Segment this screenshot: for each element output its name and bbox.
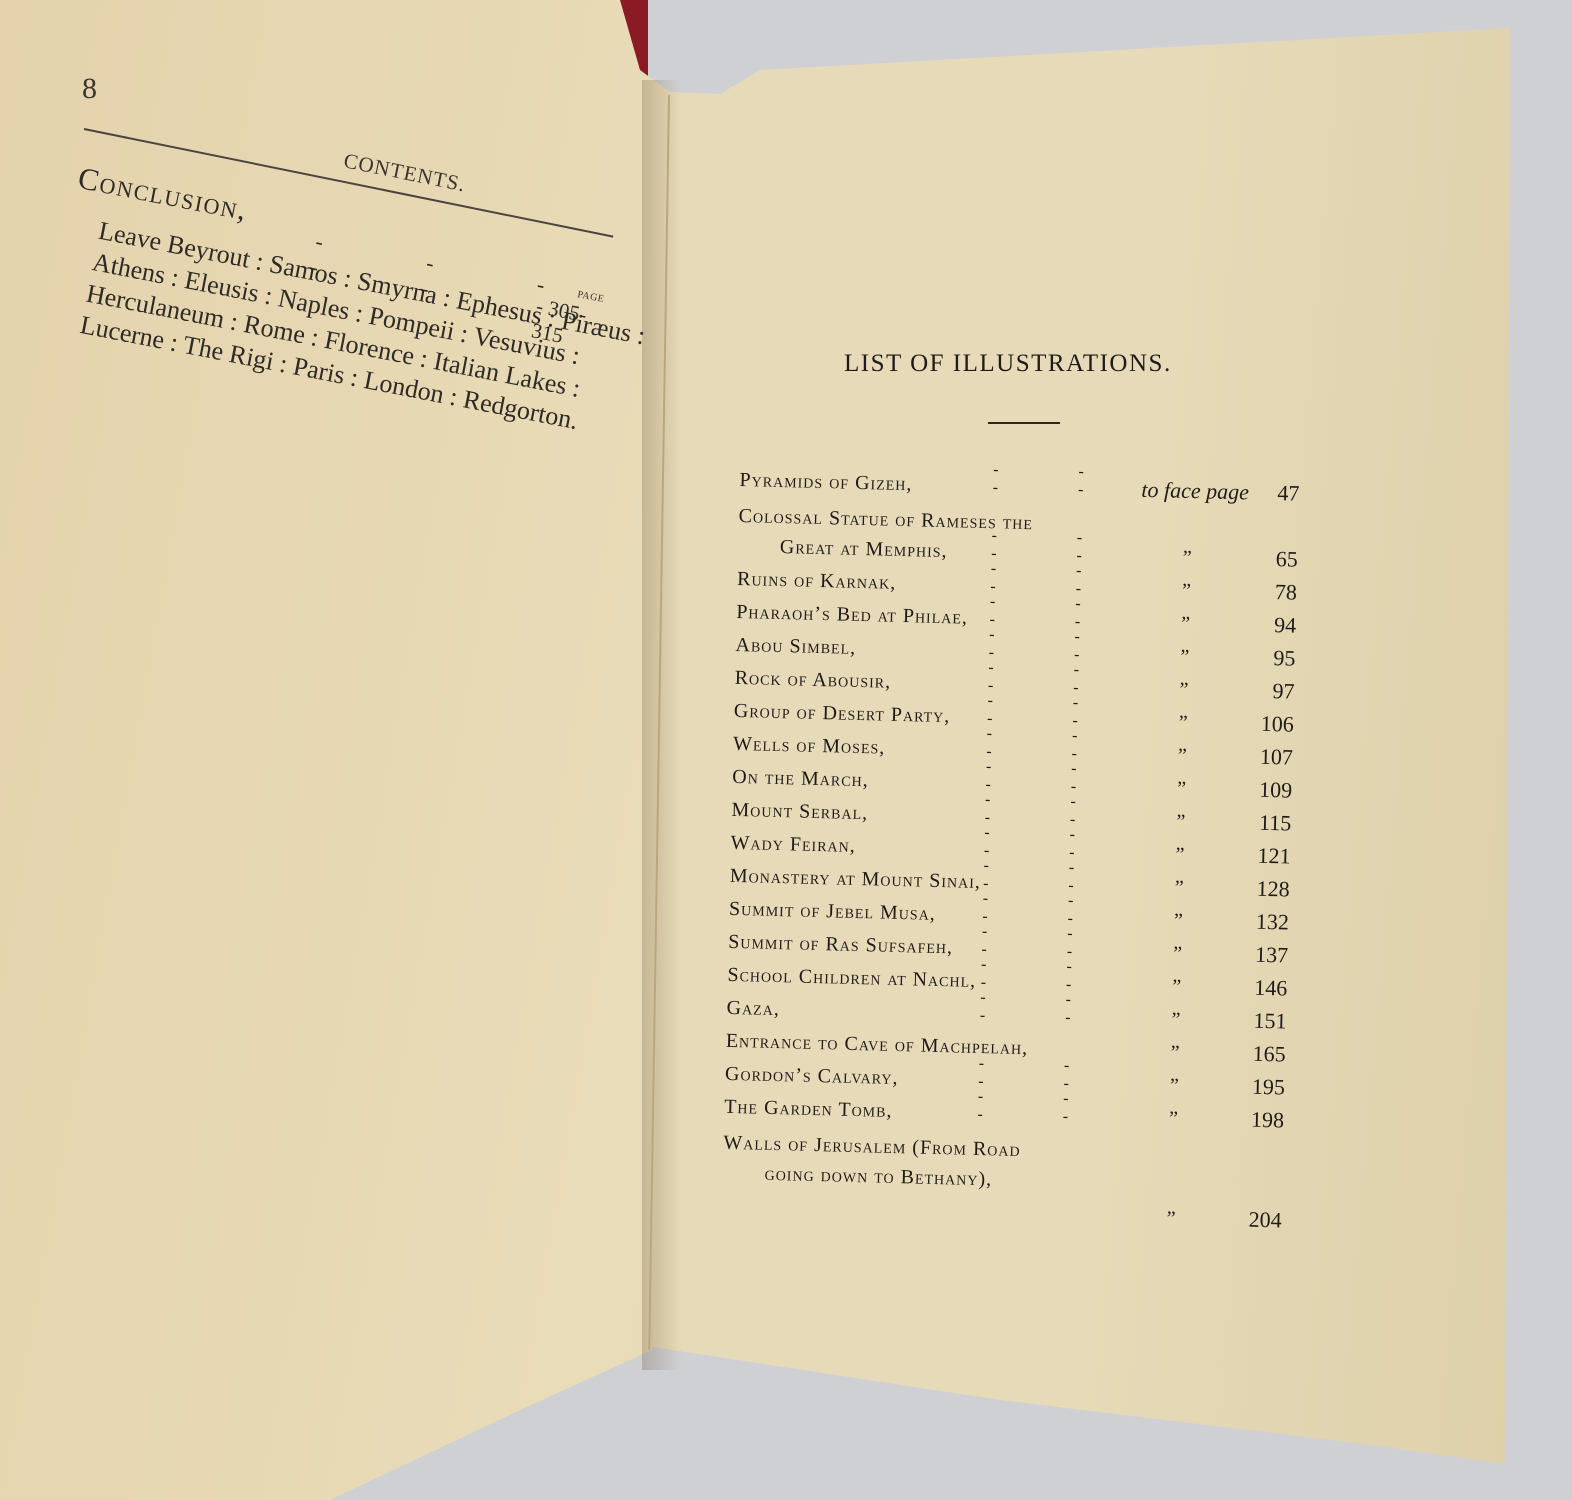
entry-page: 128 (1234, 875, 1290, 902)
entry-page: 106 (1238, 710, 1294, 737)
ditto-mark: ” (1171, 1009, 1180, 1032)
ditto-mark: ” (1174, 877, 1183, 900)
entry-page: 78 (1242, 578, 1298, 605)
page-title: LIST OF ILLUSTRATIONS. (844, 350, 1172, 378)
entry-page: 97 (1239, 677, 1295, 704)
title-rule (988, 422, 1060, 424)
entry-page: 121 (1235, 842, 1291, 869)
entry-page: 115 (1236, 809, 1292, 836)
entry-page: 109 (1237, 776, 1293, 803)
ditto-mark: ” (1177, 778, 1186, 801)
ditto-mark: ” (1173, 943, 1182, 966)
entry-page: 107 (1238, 743, 1294, 770)
entry-page: 137 (1233, 941, 1289, 968)
ditto-mark: ” (1170, 1075, 1179, 1098)
illustrations-list: Pyramids of Gizeh, - - - - to face page … (722, 462, 1320, 1202)
ditto-mark: ” (1178, 712, 1187, 735)
page-number: 8 (82, 72, 97, 106)
leader-dashes: - - - - (958, 989, 1109, 1029)
ditto-mark: ” (1180, 646, 1189, 669)
entry-page: 195 (1230, 1073, 1286, 1100)
leader-dashes: - - - - (971, 461, 1122, 501)
entry-page: 94 (1241, 611, 1297, 638)
entry-title-line: Walls of Jerusalem (From Road (723, 1132, 1021, 1161)
entry-page: 151 (1231, 1007, 1287, 1034)
ditto-mark: ” (1176, 811, 1185, 834)
ditto-mark: ” (1175, 844, 1184, 867)
list-item: Walls of Jerusalem (From Road going down… (722, 1122, 1303, 1202)
entry-page: 132 (1234, 908, 1290, 935)
ditto-mark: ” (1174, 910, 1183, 933)
to-face-page-label: to face page (1141, 477, 1249, 506)
ditto-mark: ” (1178, 745, 1187, 768)
ditto-mark: ” (1179, 679, 1188, 702)
entry-page: 165 (1230, 1040, 1286, 1067)
leader-dashes: - - - - (956, 1087, 1107, 1127)
entry-page: 198 (1229, 1106, 1285, 1133)
entry-page: 146 (1232, 974, 1288, 1001)
ditto-mark: ” (1169, 1108, 1178, 1131)
ditto-mark: ” (1182, 547, 1191, 570)
entry-title: Walls of Jerusalem (From Road going down… (722, 1128, 1103, 1197)
ditto-mark: ” (1182, 580, 1191, 603)
entry-page: 95 (1240, 644, 1296, 671)
ditto-mark: ” (1172, 976, 1181, 999)
gutter-shadow (642, 80, 682, 1370)
ditto-mark: ” (1170, 1042, 1179, 1065)
ditto-mark: ” (1181, 613, 1190, 636)
entry-page: 47 (1244, 479, 1300, 506)
entry-page: 204 (1226, 1206, 1282, 1233)
entry-page: 65 (1242, 545, 1298, 572)
ditto-mark: ” (1166, 1208, 1175, 1231)
